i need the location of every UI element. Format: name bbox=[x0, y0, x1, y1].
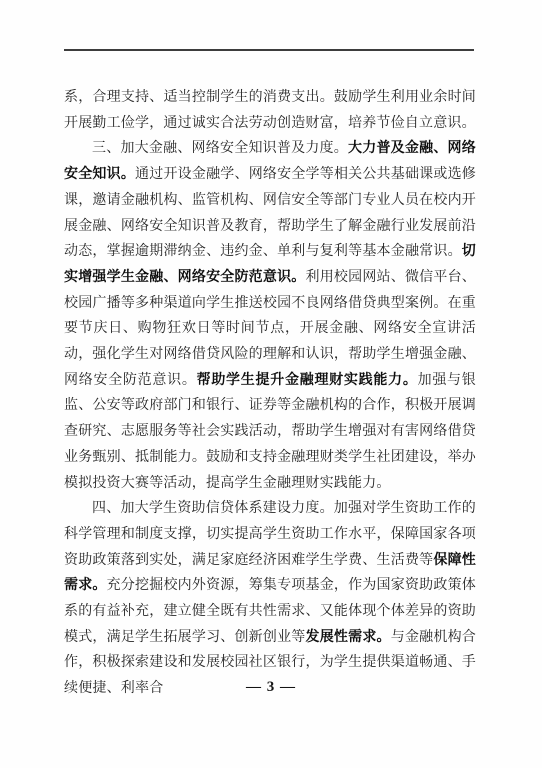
text-run: 系，合理支持、适当控制学生的消费支出。鼓励学生利用业余时间开展勤工俭学，通过诚实… bbox=[64, 88, 476, 130]
paragraph: 系，合理支持、适当控制学生的消费支出。鼓励学生利用业余时间开展勤工俭学，通过诚实… bbox=[64, 84, 476, 135]
page-number: — 3 — bbox=[0, 679, 542, 696]
document-page: 系，合理支持、适当控制学生的消费支出。鼓励学生利用业余时间开展勤工俭学，通过诚实… bbox=[0, 0, 542, 768]
header-divider-rule bbox=[64, 49, 474, 51]
document-body: 系，合理支持、适当控制学生的消费支出。鼓励学生利用业余时间开展勤工俭学，通过诚实… bbox=[64, 84, 476, 701]
text-run: 加强与银监、公安等政府部门和银行、证券等金融机构的合作，积极开展调查研究、志愿服… bbox=[64, 371, 476, 490]
text-run: 三、加大金融、网络安全知识普及力度。 bbox=[92, 139, 348, 155]
emphasis-text-run: 发展性需求。 bbox=[306, 628, 391, 644]
emphasis-text-run: 帮助学生提升金融理财实践能力。 bbox=[197, 371, 418, 387]
text-run: 利用校园网站、微信平台、校园广播等多种渠道向学生推送校园不良网络借贷典型案例。在… bbox=[64, 268, 476, 387]
paragraph: 三、加大金融、网络安全知识普及力度。大力普及金融、网络安全知识。通过开设金融学、… bbox=[64, 135, 476, 495]
text-run: 四、加大学生资助信贷体系建设力度。加强对学生资助工作的科学管理和制度支撑，切实提… bbox=[64, 499, 476, 566]
paragraph: 四、加大学生资助信贷体系建设力度。加强对学生资助工作的科学管理和制度支撑，切实提… bbox=[64, 495, 476, 701]
